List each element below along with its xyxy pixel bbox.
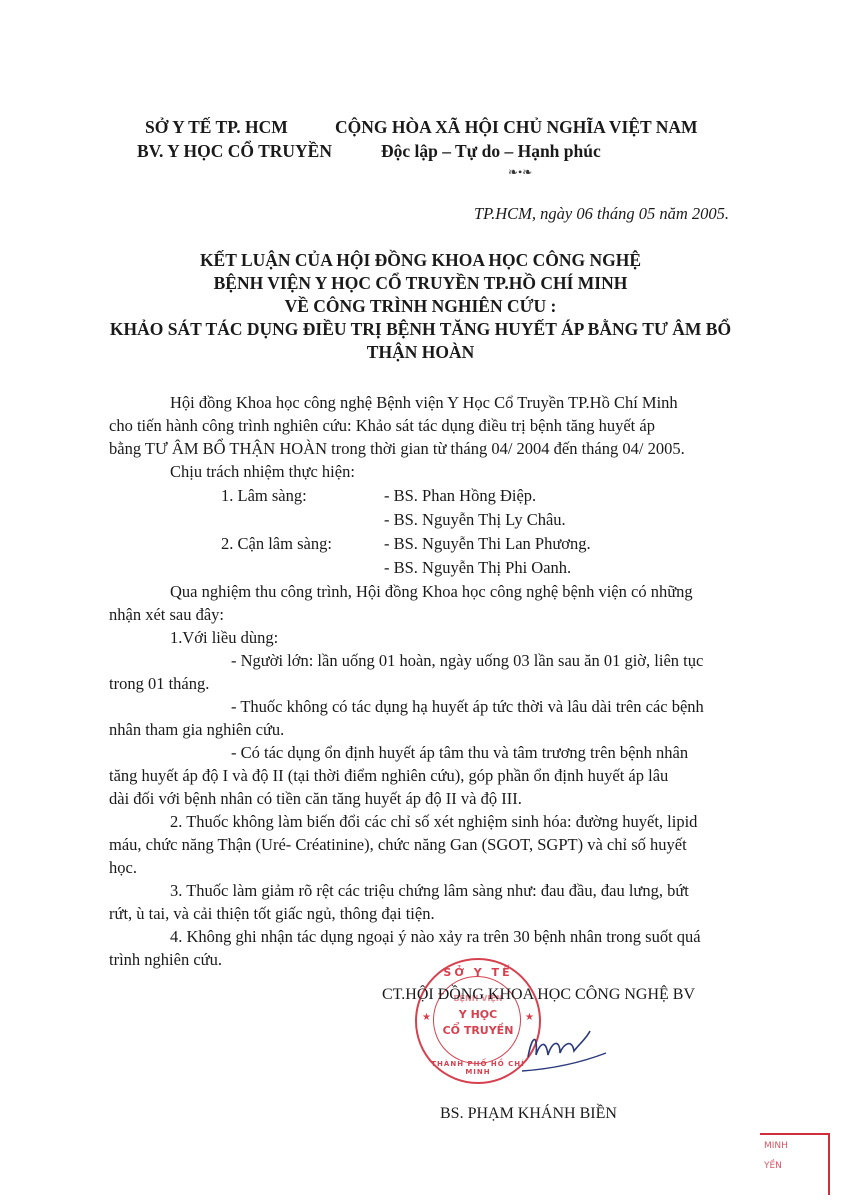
title-line-4: KHẢO SÁT TÁC DỤNG ĐIỀU TRỊ BỆNH TĂNG HUY… <box>0 319 841 340</box>
intro-period: trong thời gian từ tháng 04/ 2004 đến th… <box>327 439 685 458</box>
clinical-person-2: - BS. Nguyễn Thị Ly Châu. <box>384 510 566 530</box>
national-motto: Độc lập – Tự do – Hạnh phúc <box>381 141 601 162</box>
intro-line-1: Hội đồng Khoa học công nghệ Bệnh viện Y … <box>170 393 678 413</box>
remedy-name: TƯ ÂM BỔ THẬN HOÀN <box>145 439 327 458</box>
item3-line-1: 3. Thuốc làm giảm rõ rệt các triệu chứng… <box>170 881 689 901</box>
item2-line-2: máu, chức năng Thận (Uré- Créatinine), c… <box>109 835 687 855</box>
group-clinical-label: 1. Lâm sàng: <box>221 486 307 506</box>
seal-mid-text-2: Y HỌC <box>417 1008 539 1021</box>
national-title: CỘNG HÒA XÃ HỘI CHỦ NGHĨA VIỆT NAM <box>335 117 698 138</box>
item1-b-line-2: nhân tham gia nghiên cứu. <box>109 720 284 740</box>
responsibility-label: Chịu trách nhiệm thực hiện: <box>170 462 355 482</box>
item3-line-2: rứt, ù tai, và cải thiện tốt giấc ngủ, t… <box>109 904 435 924</box>
issuing-department: SỞ Y TẾ TP. HCM <box>145 117 288 138</box>
ornament-divider-icon: ❧•❧ <box>508 165 532 180</box>
signatory-title: CT.HỘI ĐỒNG KHOA HỌC CÔNG NGHỆ BV <box>382 986 695 1004</box>
date-line: TP.HCM, ngày 06 tháng 05 năm 2005. <box>474 204 729 224</box>
findings-intro-1: Qua nghiệm thu công trình, Hội đồng Khoa… <box>170 582 693 602</box>
item1-c-line-3: dài đối với bệnh nhân có tiền căn tăng h… <box>109 789 522 809</box>
item1-c-line-2: tăng huyết áp độ I và độ II (tại thời đi… <box>109 766 668 786</box>
paraclinical-person-1: - BS. Nguyễn Thi Lan Phương. <box>384 534 591 554</box>
item4-line-1: 4. Không ghi nhận tác dụng ngoại ý nào x… <box>170 927 701 947</box>
item2-line-3: học. <box>109 858 137 878</box>
item1-a-line-2: trong 01 tháng. <box>109 674 209 694</box>
findings-intro-2: nhận xét sau đây: <box>109 605 224 625</box>
item2-line-1: 2. Thuốc không làm biến đổi các chỉ số x… <box>170 812 697 832</box>
item1-b-line-1: - Thuốc không có tác dụng hạ huyết áp tứ… <box>231 697 704 717</box>
corner-stamp-line-2: YỀN <box>764 1161 782 1171</box>
signatory-name: BS. PHẠM KHÁNH BIỀN <box>440 1105 617 1123</box>
title-line-1: KẾT LUẬN CỦA HỘI ĐỒNG KHOA HỌC CÔNG NGHỆ <box>0 250 841 271</box>
paraclinical-person-2: - BS. Nguyễn Thị Phi Oanh. <box>384 558 571 578</box>
seal-top-text: SỞ Y TẾ <box>417 966 539 979</box>
seal-star-left-icon: ★ <box>422 1012 431 1023</box>
corner-stamp-line-1: MINH <box>764 1141 788 1151</box>
issuing-hospital: BV. Y HỌC CỔ TRUYỀN <box>137 141 332 162</box>
title-line-2: BỆNH VIỆN Y HỌC CỔ TRUYỀN TP.HỒ CHÍ MINH <box>0 273 841 294</box>
intro-line-2: cho tiến hành công trình nghiên cứu: Khả… <box>109 416 655 436</box>
intro-prefix: bằng <box>109 439 145 458</box>
item1-c-line-1: - Có tác dụng ổn định huyết áp tâm thu v… <box>231 743 688 763</box>
group-paraclinical-label: 2. Cận lâm sàng: <box>221 534 332 554</box>
intro-line-3: bằng TƯ ÂM BỔ THẬN HOÀN trong thời gian … <box>109 439 685 459</box>
title-line-3: VỀ CÔNG TRÌNH NGHIÊN CỨU : <box>0 296 841 317</box>
seal-star-right-icon: ★ <box>525 1012 534 1023</box>
corner-partial-stamp: MINH YỀN <box>760 1133 830 1195</box>
handwritten-signature-icon <box>520 1025 620 1075</box>
item1-a-line-1: - Người lớn: lần uống 01 hoàn, ngày uống… <box>231 651 703 671</box>
title-line-5: THẬN HOÀN <box>0 342 841 363</box>
item1-heading: 1.Với liều dùng: <box>170 628 278 648</box>
item4-line-2: trình nghiên cứu. <box>109 950 222 970</box>
clinical-person-1: - BS. Phan Hồng Điệp. <box>384 486 536 506</box>
